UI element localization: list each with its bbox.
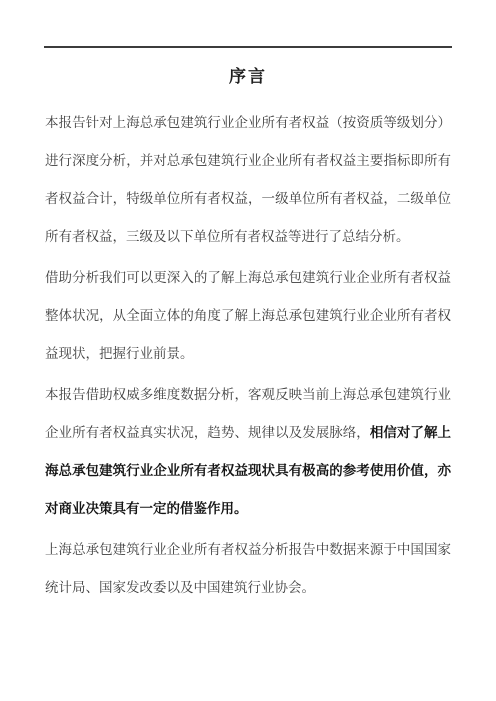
header-rule [44, 46, 452, 48]
paragraph-text: 借助分析我们可以更深入的了解上海总承包建筑行业企业所有者权益整体状况，从全面立体… [45, 270, 451, 361]
paragraph: 本报告借助权威多维度数据分析，客观反映当前上海总承包建筑行业企业所有者权益真实状… [45, 376, 451, 528]
paragraph: 借助分析我们可以更深入的了解上海总承包建筑行业企业所有者权益整体状况，从全面立体… [45, 259, 451, 373]
page-title: 序言 [0, 67, 496, 87]
document-page: 序言 本报告针对上海总承包建筑行业企业所有者权益（按资质等级划分）进行深度分析，… [0, 0, 496, 701]
paragraph: 上海总承包建筑行业企业所有者权益分析报告中数据来源于中国国家统计局、国家发改委以… [45, 531, 451, 607]
paragraph-text: 上海总承包建筑行业企业所有者权益分析报告中数据来源于中国国家统计局、国家发改委以… [45, 542, 451, 595]
paragraph-text: 本报告针对上海总承包建筑行业企业所有者权益（按资质等级划分）进行深度分析，并对总… [45, 115, 451, 244]
paragraph: 本报告针对上海总承包建筑行业企业所有者权益（按资质等级划分）进行深度分析，并对总… [45, 104, 451, 256]
document-body: 本报告针对上海总承包建筑行业企业所有者权益（按资质等级划分）进行深度分析，并对总… [45, 104, 451, 607]
